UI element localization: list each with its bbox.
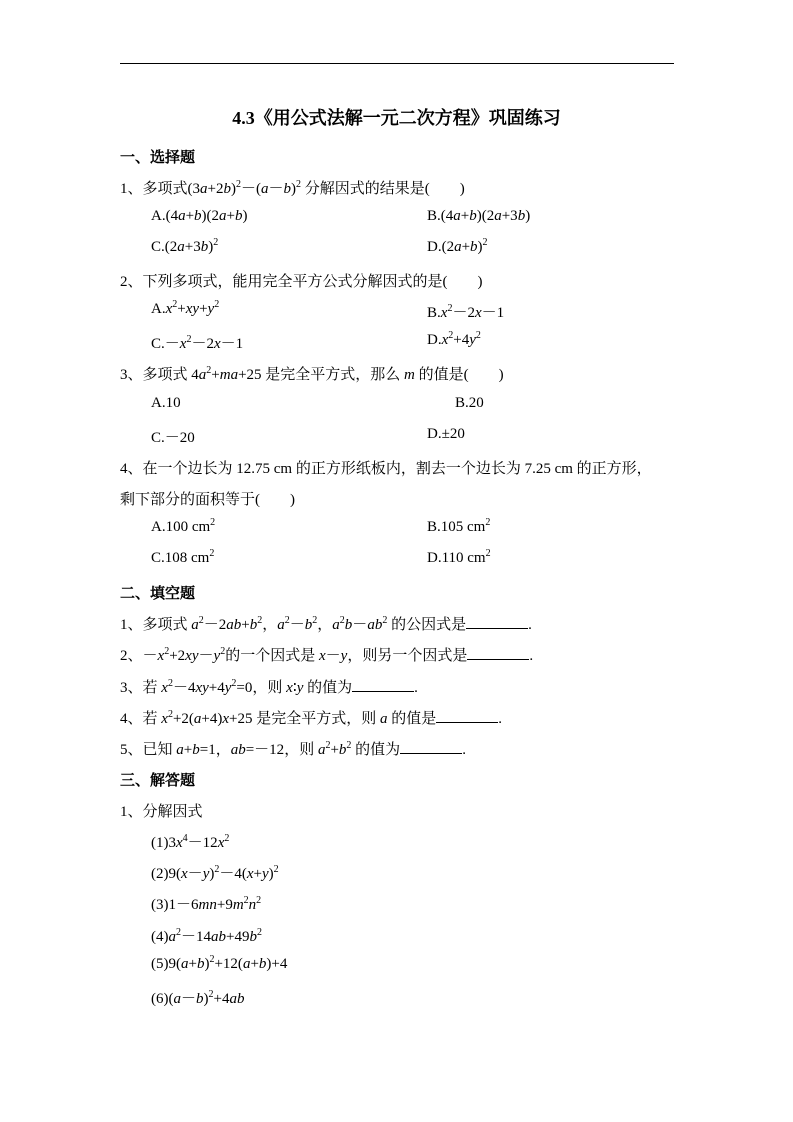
solve-item-2: (2)9(x－y)2－4(x+y)2 [151,862,279,883]
choice-q2-option-b[interactable]: B.x2－2x－1 [427,301,504,322]
fill-q4: 4、若 x2+2(a+4)x+25 是完全平方式，则 a 的值是. [120,707,502,728]
fill-q1: 1、多项式 a2－2ab+b2，a2－b2，a2b－ab2 的公因式是. [120,613,532,634]
choice-q3-option-d[interactable]: D.±20 [427,426,465,443]
choice-q4-option-d[interactable]: D.110 cm2 [427,550,491,567]
choice-q4-option-a[interactable]: A.100 cm2 [151,519,215,536]
choice-q3-option-c[interactable]: C.－20 [151,426,195,447]
solve-item-3: (3)1－6mn+9m2n2 [151,893,261,914]
section-heading-fill: 二、填空题 [120,582,195,603]
choice-q4-stem-line2: 剩下部分的面积等于( ) [120,488,295,509]
fill-q4-blank[interactable] [436,708,498,723]
fill-q5: 5、已知 a+b=1，ab=－12，则 a2+b2 的值为. [120,738,466,759]
solve-q1-stem: 1、分解因式 [120,800,203,821]
choice-q1-stem: 1、多项式(3a+2b)2－(a－b)2 分解因式的结果是( ) [120,177,465,198]
choice-q4-option-c[interactable]: C.108 cm2 [151,550,214,567]
solve-item-1: (1)3x4－12x2 [151,831,229,852]
choice-q2-option-d[interactable]: D.x2+4y2 [427,332,481,349]
choice-q1-option-c[interactable]: C.(2a+3b)2 [151,239,218,256]
fill-q3-blank[interactable] [352,677,414,692]
solve-item-6: (6)(a－b)2+4ab [151,987,244,1008]
choice-q3-option-b[interactable]: B.20 [455,395,484,412]
fill-q1-blank[interactable] [466,614,528,629]
fill-q2: 2、－x2+2xy－y2的一个因式是 x－y，则另一个因式是. [120,644,533,665]
choice-q1-option-a[interactable]: A.(4a+b)(2a+b) [151,208,248,225]
fill-q3: 3、若 x2－4xy+4y2=0，则 x∶y 的值为. [120,676,418,697]
header-rule [120,63,674,64]
fill-q2-blank[interactable] [467,645,529,660]
choice-q2-option-a[interactable]: A.x2+xy+y2 [151,301,219,318]
choice-q4-option-b[interactable]: B.105 cm2 [427,519,490,536]
choice-q3-stem: 3、多项式 4a2+ma+25 是完全平方式，那么 m 的值是( ) [120,363,504,384]
solve-item-5: (5)9(a+b)2+12(a+b)+4 [151,956,287,973]
choice-q4-stem-line1: 4、在一个边长为 12.75 cm 的正方形纸板内，割去一个边长为 7.25 c… [120,457,652,478]
choice-q2-stem: 2、下列多项式，能用完全平方公式分解因式的是( ) [120,270,483,291]
fill-q5-blank[interactable] [400,739,462,754]
section-heading-solve: 三、解答题 [120,769,195,790]
choice-q2-option-c[interactable]: C.－x2－2x－1 [151,332,243,353]
choice-q1-option-d[interactable]: D.(2a+b)2 [427,239,488,256]
choice-q3-option-a[interactable]: A.10 [151,395,181,412]
section-heading-choice: 一、选择题 [120,146,195,167]
page-title: 4.3《用公式法解一元二次方程》巩固练习 [0,104,793,130]
choice-q1-option-b[interactable]: B.(4a+b)(2a+3b) [427,208,530,225]
solve-item-4: (4)a2－14ab+49b2 [151,925,262,946]
